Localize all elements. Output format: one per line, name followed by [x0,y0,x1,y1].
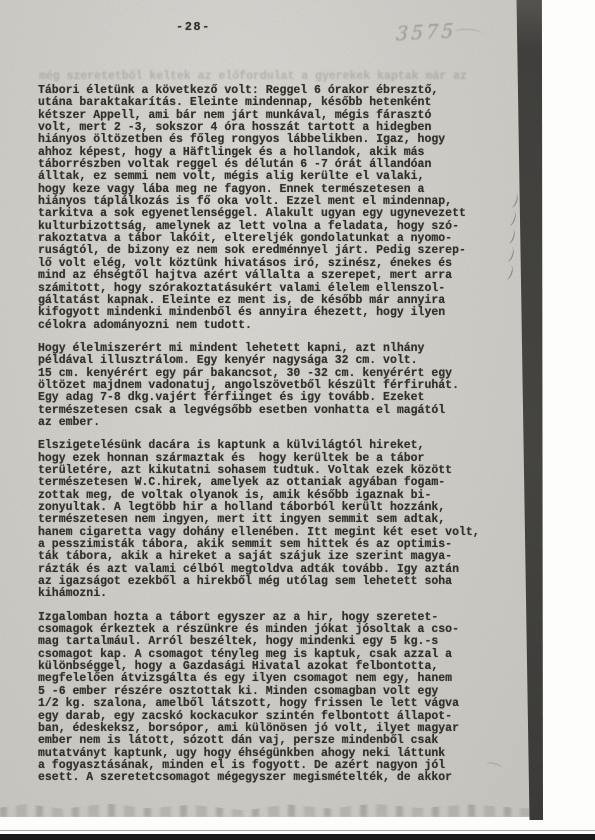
handwritten-archive-number: 3575 [395,20,456,45]
scanned-document-page: -28- 3575 még szeretetből keltek az előf… [0,0,595,840]
scan-edge-bottom-bar [0,834,595,840]
paper-torn-edge [0,802,532,817]
paragraph-camp-life: Tábori életünk a következő volt: Reggel … [38,85,524,332]
bleed-through-ghost-text: még szeretetből keltek az előfordulat a … [39,71,523,83]
typewritten-text-block: Tábori életünk a következő volt: Reggel … [38,85,524,796]
page-number: -28- [176,20,211,34]
paragraph-care-packages: Izgalomban hozta a tábort egyszer az a h… [38,612,524,785]
scan-artifact-line [0,830,595,831]
paragraph-food-barter: Hogy élelmiszerért mi mindent lehetett k… [38,343,524,429]
paragraph-news-rumors: Elszigetelésünk dacára is kaptunk a külv… [38,440,524,600]
paper-sheet: -28- 3575 még szeretetből keltek az előf… [0,0,532,817]
